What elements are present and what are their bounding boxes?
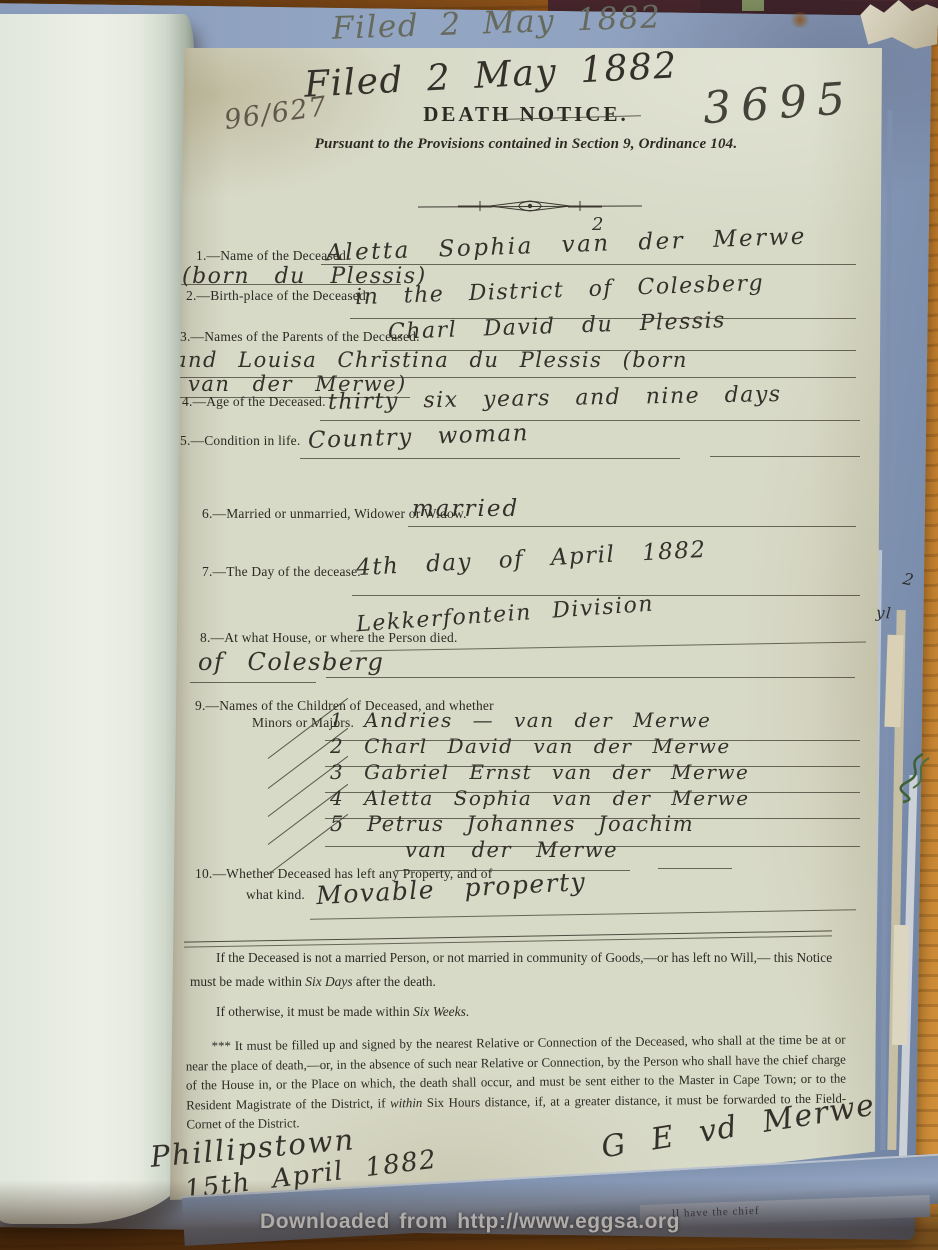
field-label-2: 2.—Birth-place of the Deceased. — [186, 288, 370, 304]
form-title: DEATH NOTICE. — [170, 102, 882, 127]
watermark-text: Downloaded from http://www.eggsa.org — [228, 1210, 712, 1234]
filing-note: Filed 2 May 1882 — [303, 48, 678, 104]
field-value-5: Country woman — [308, 422, 530, 453]
notice-paragraph: If otherwise, it must be made within Six… — [190, 1000, 840, 1024]
page-edge — [892, 925, 909, 1045]
child-entry: 2 Charl David van der Merwe — [330, 736, 731, 756]
binding-tab — [742, 0, 764, 11]
margin-mark: yl — [875, 605, 892, 621]
field-label-7: 7.—The Day of the decease. — [202, 564, 361, 580]
facing-page — [0, 14, 194, 1224]
child-entry: 4 Aletta Sophia van der Merwe — [330, 788, 750, 808]
ornamental-divider-icon — [418, 198, 642, 219]
field-value-3b: and Louisa Christina du Plessis (born — [174, 350, 688, 371]
form-subtitle: Pursuant to the Provisions contained in … — [170, 136, 882, 153]
field-value-8b: of Colesberg — [198, 650, 384, 674]
answer-line — [310, 909, 856, 920]
stain-mark — [790, 12, 810, 28]
notice-text-em: Six Weeks — [413, 1004, 466, 1019]
answer-line — [326, 677, 855, 678]
answer-line — [710, 456, 860, 457]
field-value-7: 4th day of April 1882 — [356, 539, 708, 580]
notice-text: . — [466, 1004, 469, 1019]
thread — [893, 752, 933, 809]
answer-line — [300, 458, 680, 459]
field-label-5: 5.—Condition in life. — [180, 433, 300, 449]
notice-text: If the Deceased is not a married Person,… — [190, 950, 832, 989]
page-edge — [884, 635, 903, 728]
answer-line — [320, 420, 860, 421]
answer-line — [658, 868, 732, 869]
archive-photo-scene: Filed 2 May 1882 Filed 2 May 1882 96/627… — [0, 0, 938, 1250]
notice-text: after the death. — [353, 974, 436, 989]
field-value-8: Lekkerfontein Division — [356, 594, 655, 637]
field-label-4: 4.—Age of the Deceased. — [182, 394, 326, 410]
footnote-text-em: within — [390, 1096, 422, 1110]
answer-line — [190, 682, 316, 683]
child-entry: 3 Gabriel Ernst van der Merwe — [330, 762, 749, 782]
child-entry: van der Merwe — [405, 840, 618, 861]
notice-text: If otherwise, it must be made within — [216, 1004, 413, 1019]
child-entry: 1 Andries — van der Merwe — [330, 710, 711, 730]
field-value-6: married — [412, 498, 519, 521]
child-entry: 5 Petrus Johannes Joachim — [330, 814, 694, 835]
notice-text-em: Six Days — [305, 974, 352, 989]
field-value-3: Charl David du Plessis — [388, 310, 727, 344]
field-value-4: thirty six years and nine days — [328, 384, 782, 414]
notice-paragraph: If the Deceased is not a married Person,… — [190, 946, 840, 994]
answer-line — [408, 526, 856, 527]
field-label-10b: what kind. — [246, 887, 305, 903]
death-notice-page: Filed 2 May 1882 96/627 3695 DEATH NOTIC… — [170, 48, 882, 1200]
field-label-3: 3.—Names of the Parents of the Deceased. — [180, 329, 420, 345]
field-value-1: Aletta Sophia van der Merwe — [326, 226, 808, 266]
